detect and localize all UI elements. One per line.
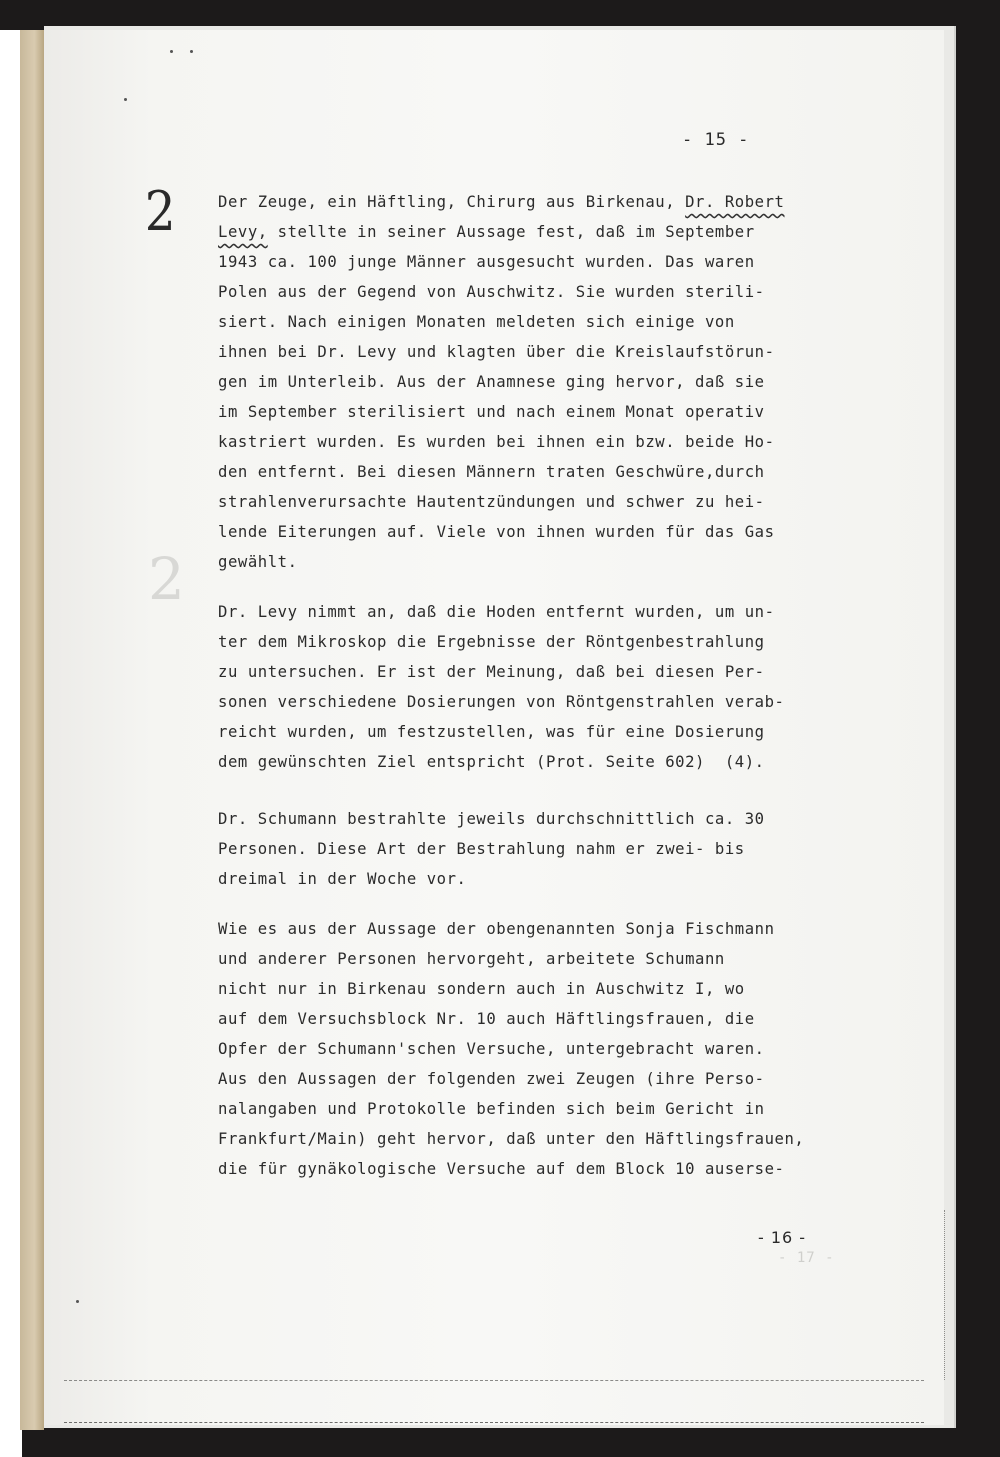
text-line: den entfernt. Bei diesen Männern traten … <box>218 457 918 487</box>
text-line: Der Zeuge, ein Häftling, Chirurg aus Bir… <box>218 187 918 217</box>
text-line: gewählt. <box>218 547 918 577</box>
bleed-through-rule <box>64 1380 924 1381</box>
text-line: kastriert wurden. Es wurden bei ihnen ei… <box>218 427 918 457</box>
text-line: Wie es aus der Aussage der obengenannten… <box>218 914 918 944</box>
text-line: nicht nur in Birkenau sondern auch in Au… <box>218 974 918 1004</box>
text-line: Levy, stellte in seiner Aussage fest, da… <box>218 217 918 247</box>
text-line: nalangaben und Protokolle befinden sich … <box>218 1094 918 1124</box>
paragraph-2: Dr. Levy nimmt an, daß die Hoden entfern… <box>218 597 918 777</box>
text-line: ter dem Mikroskop die Ergebnisse der Rön… <box>218 627 918 657</box>
text-line: 1943 ca. 100 junge Männer ausgesucht wur… <box>218 247 918 277</box>
text-line: sonen verschiedene Dosierungen von Röntg… <box>218 687 918 717</box>
scan-speck <box>190 50 193 53</box>
text-line: auf dem Versuchsblock Nr. 10 auch Häftli… <box>218 1004 918 1034</box>
text-line: Opfer der Schumann'schen Versuche, unter… <box>218 1034 918 1064</box>
text-line: Dr. Levy nimmt an, daß die Hoden entfern… <box>218 597 918 627</box>
text-line: ihnen bei Dr. Levy und klagten über die … <box>218 337 918 367</box>
text-line: Aus den Aussagen der folgenden zwei Zeug… <box>218 1064 918 1094</box>
ghost-page-number: - 17 - <box>778 1250 835 1266</box>
paragraph-4: Wie es aus der Aussage der obengenannten… <box>218 914 918 1184</box>
text-line: Dr. Schumann bestrahlte jeweils durchsch… <box>218 804 918 834</box>
text-line: gen im Unterleib. Aus der Anamnese ging … <box>218 367 918 397</box>
text-line: die für gynäkologische Versuche auf dem … <box>218 1154 918 1184</box>
text-line: dreimal in der Woche vor. <box>218 864 918 894</box>
text-line: Personen. Diese Art der Bestrahlung nahm… <box>218 834 918 864</box>
text-line: dem gewünschten Ziel entspricht (Prot. S… <box>218 747 918 777</box>
text-line: reicht wurden, um festzustellen, was für… <box>218 717 918 747</box>
scan-speck <box>76 1300 79 1303</box>
text-line: Polen aus der Gegend von Auschwitz. Sie … <box>218 277 918 307</box>
scan-speck <box>124 98 127 101</box>
text-line: zu untersuchen. Er ist der Meinung, daß … <box>218 657 918 687</box>
page-number-bottom: - 16 - <box>758 1228 806 1247</box>
page-binding-edge <box>20 30 44 1430</box>
text-line: und anderer Personen hervorgeht, arbeite… <box>218 944 918 974</box>
paragraph-3: Dr. Schumann bestrahlte jeweils durchsch… <box>218 804 918 894</box>
text-line: lende Eiterungen auf. Viele von ihnen wu… <box>218 517 918 547</box>
paragraph-1: Der Zeuge, ein Häftling, Chirurg aus Bir… <box>218 187 918 577</box>
text-line: siert. Nach einigen Monaten meldeten sic… <box>218 307 918 337</box>
text-line: im September sterilisiert und nach einem… <box>218 397 918 427</box>
page-bottom-rule <box>64 1422 924 1423</box>
margin-faint-mark: 2 <box>148 545 185 613</box>
text-line: strahlenverursachte Hautentzündungen und… <box>218 487 918 517</box>
margin-handwritten-mark: 2 <box>145 180 176 243</box>
right-edge-dots <box>944 1210 945 1380</box>
scan-speck <box>170 50 173 53</box>
page-number-top: - 15 - <box>682 130 749 150</box>
text-line: Frankfurt/Main) geht hervor, daß unter d… <box>218 1124 918 1154</box>
scan-background-left <box>0 30 22 1457</box>
